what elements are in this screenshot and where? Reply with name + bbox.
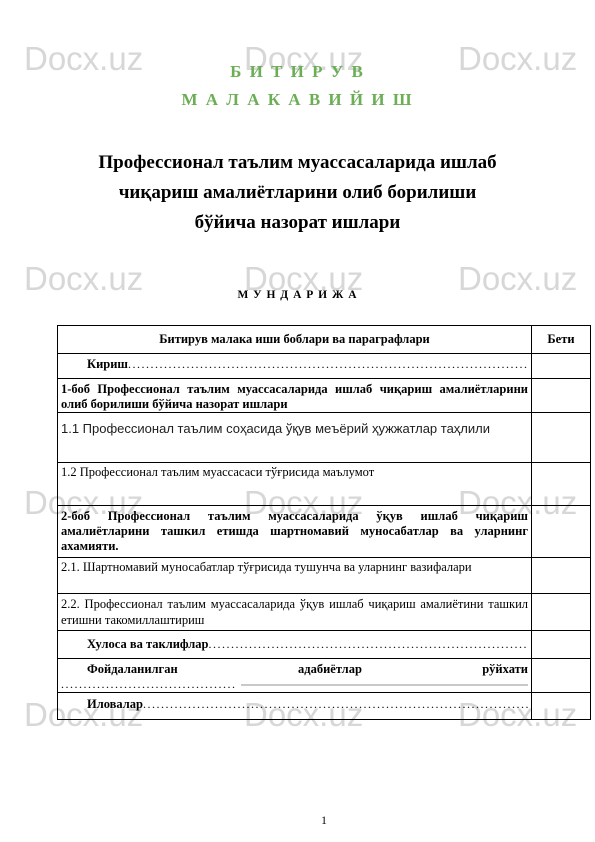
toc-entry-ilovalar: Иловалар ...............................…	[61, 697, 528, 712]
page-cell	[532, 693, 590, 719]
page-cell	[532, 558, 590, 593]
page-number: 1	[57, 815, 591, 827]
thesis-subject-title: Профессионал таълим муассасаларида ишлаб…	[0, 148, 595, 238]
table-row: Иловалар ...............................…	[58, 693, 590, 719]
toc-heading: М У Н Д А Р И Ж А	[0, 289, 595, 301]
table-row: 1.2 Профессионал таълим муассасаси тўғри…	[58, 463, 590, 506]
toc-entry-2-2: 2.2. Профессионал таълим муассасаларида …	[58, 594, 532, 630]
entry-label: Хулоса ва таклифлар	[87, 637, 208, 652]
entry-label: Иловалар	[87, 697, 143, 712]
toc-entry-chapter1: 1-боб Профессионал таълим муассасаларида…	[58, 379, 532, 412]
thesis-type-title: Б И Т И Р У В М А Л А К А В И Й И Ш	[0, 58, 595, 114]
gray-rule	[241, 684, 529, 686]
subject-line: бўйича назорат ишлари	[0, 208, 595, 238]
table-row: Фойдаланилган адабиётлар рўйхати .......…	[58, 659, 590, 693]
table-row: 2-боб Профессионал таълим муассасаларида…	[58, 506, 590, 558]
dot-leader: ........................................…	[128, 357, 528, 372]
page-cell	[532, 354, 590, 378]
toc-entry-1-2: 1.2 Профессионал таълим муассасаси тўғри…	[58, 463, 532, 505]
header-col-chapters: Битирув малака иши боблари ва параграфла…	[58, 326, 532, 353]
page-cell	[532, 413, 590, 462]
header-col-page: Бети	[532, 326, 590, 353]
page-cell	[532, 379, 590, 412]
dot-leader: ........................................…	[208, 637, 528, 652]
document-page: Docx.uz Docx.uz Docx.uz Docx.uz Docx.uz …	[0, 0, 595, 842]
page-cell	[532, 506, 590, 557]
subject-line: чиқариш амалиётларини олиб борилиши	[0, 178, 595, 208]
toc-entry-adabiyotlar: Фойдаланилган адабиётлар рўйхати .......…	[58, 659, 532, 692]
entry-label: Кириш	[87, 357, 128, 372]
thesis-type-line: Б И Т И Р У В	[0, 58, 595, 86]
dot-leader: .......................................	[61, 677, 528, 692]
table-row: 2.2. Профессионал таълим муассасаларида …	[58, 594, 590, 631]
table-row: 2.1. Шартномавий муносабатлар тўғрисида …	[58, 558, 590, 594]
thesis-type-line: М А Л А К А В И Й И Ш	[0, 86, 595, 114]
dot-leader: ........................................…	[143, 697, 528, 712]
toc-table: Битирув малака иши боблари ва параграфла…	[57, 325, 591, 720]
toc-entry-2-1: 2.1. Шартномавий муносабатлар тўғрисида …	[58, 558, 532, 593]
table-row: Хулоса ва таклифлар ....................…	[58, 631, 590, 659]
table-row: 1-боб Профессионал таълим муассасаларида…	[58, 379, 590, 413]
page-cell	[532, 659, 590, 692]
table-row: 1.1 Профессионал таълим соҳасида ўқув ме…	[58, 413, 590, 463]
page-cell	[532, 631, 590, 658]
page-content: Б И Т И Р У В М А Л А К А В И Й И Ш Проф…	[0, 0, 595, 842]
subject-line: Профессионал таълим муассасаларида ишлаб	[0, 148, 595, 178]
toc-entry-kirish: Кириш ..................................…	[61, 357, 528, 372]
dots: .......................................	[61, 677, 237, 692]
table-row: Кириш ..................................…	[58, 354, 590, 379]
table-header-row: Битирув малака иши боблари ва параграфла…	[58, 326, 590, 354]
toc-entry-xulosa: Хулоса ва таклифлар ....................…	[61, 637, 528, 652]
entry-label: Фойдаланилган адабиётлар рўйхати	[61, 662, 528, 677]
page-cell	[532, 463, 590, 505]
page-cell	[532, 594, 590, 630]
toc-entry-chapter2: 2-боб Профессионал таълим муассасаларида…	[58, 506, 532, 557]
toc-entry-1-1: 1.1 Профессионал таълим соҳасида ўқув ме…	[58, 413, 532, 462]
